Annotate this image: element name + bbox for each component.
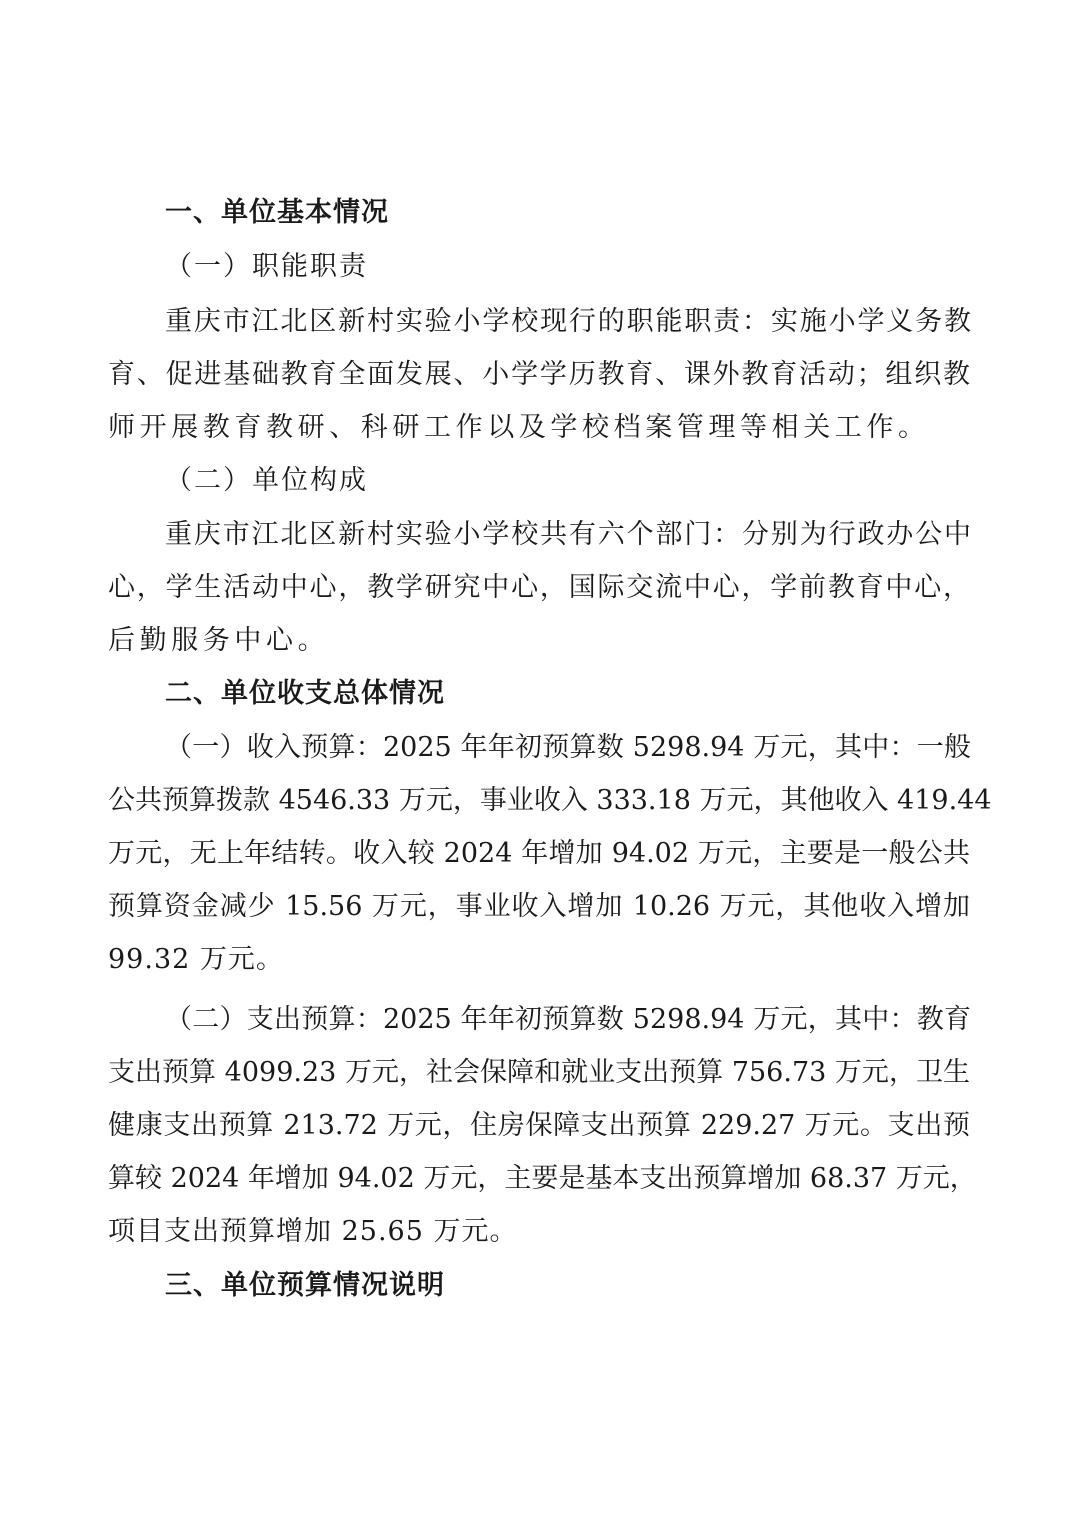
subsection-heading-functions: （一）职能职责 — [165, 249, 368, 285]
paragraph-line: 99.32 万元。 — [108, 942, 284, 978]
paragraph-line: 预算资金减少 15.56 万元，事业收入增加 10.26 万元，其他收入增加 — [108, 889, 970, 925]
subsection-heading-composition: （二）单位构成 — [165, 463, 368, 499]
paragraph-line: 重庆市江北区新村实验小学校共有六个部门：分别为行政办公中 — [165, 517, 971, 553]
paragraph-line: 重庆市江北区新村实验小学校现行的职能职责：实施小学义务教 — [165, 304, 971, 340]
paragraph-line: 育、促进基础教育全面发展、小学学历教育、课外教育活动；组织教 — [108, 357, 970, 393]
paragraph-line: 支出预算 4099.23 万元，社会保障和就业支出预算 756.73 万元，卫生 — [108, 1055, 970, 1091]
paragraph-line: 师开展教育教研、科研工作以及学校档案管理等相关工作。 — [108, 410, 930, 446]
section-heading-budget-notes: 三、单位预算情况说明 — [165, 1268, 445, 1304]
paragraph-line: 算较 2024 年增加 94.02 万元，主要是基本支出预算增加 68.37 万… — [108, 1161, 970, 1197]
paragraph-line: 心，学生活动中心，教学研究中心，国际交流中心，学前教育中心， — [108, 570, 970, 606]
section-heading-basic-info: 一、单位基本情况 — [165, 195, 389, 231]
paragraph-line: 公共预算拨款 4546.33 万元，事业收入 333.18 万元，其他收入 41… — [108, 783, 970, 819]
document-page: 一、单位基本情况 （一）职能职责 重庆市江北区新村实验小学校现行的职能职责：实施… — [0, 0, 1074, 1520]
paragraph-line: （一）收入预算：2025 年年初预算数 5298.94 万元，其中：一般 — [165, 730, 971, 766]
paragraph-line: 后勤服务中心。 — [108, 623, 329, 659]
section-heading-income-expense: 二、单位收支总体情况 — [165, 676, 445, 712]
paragraph-line: 健康支出预算 213.72 万元，住房保障支出预算 229.27 万元。支出预 — [108, 1108, 970, 1144]
paragraph-line: 项目支出预算增加 25.65 万元。 — [108, 1214, 517, 1250]
paragraph-line: （二）支出预算：2025 年年初预算数 5298.94 万元，其中：教育 — [165, 1002, 971, 1038]
paragraph-line: 万元，无上年结转。收入较 2024 年增加 94.02 万元，主要是一般公共 — [108, 836, 970, 872]
